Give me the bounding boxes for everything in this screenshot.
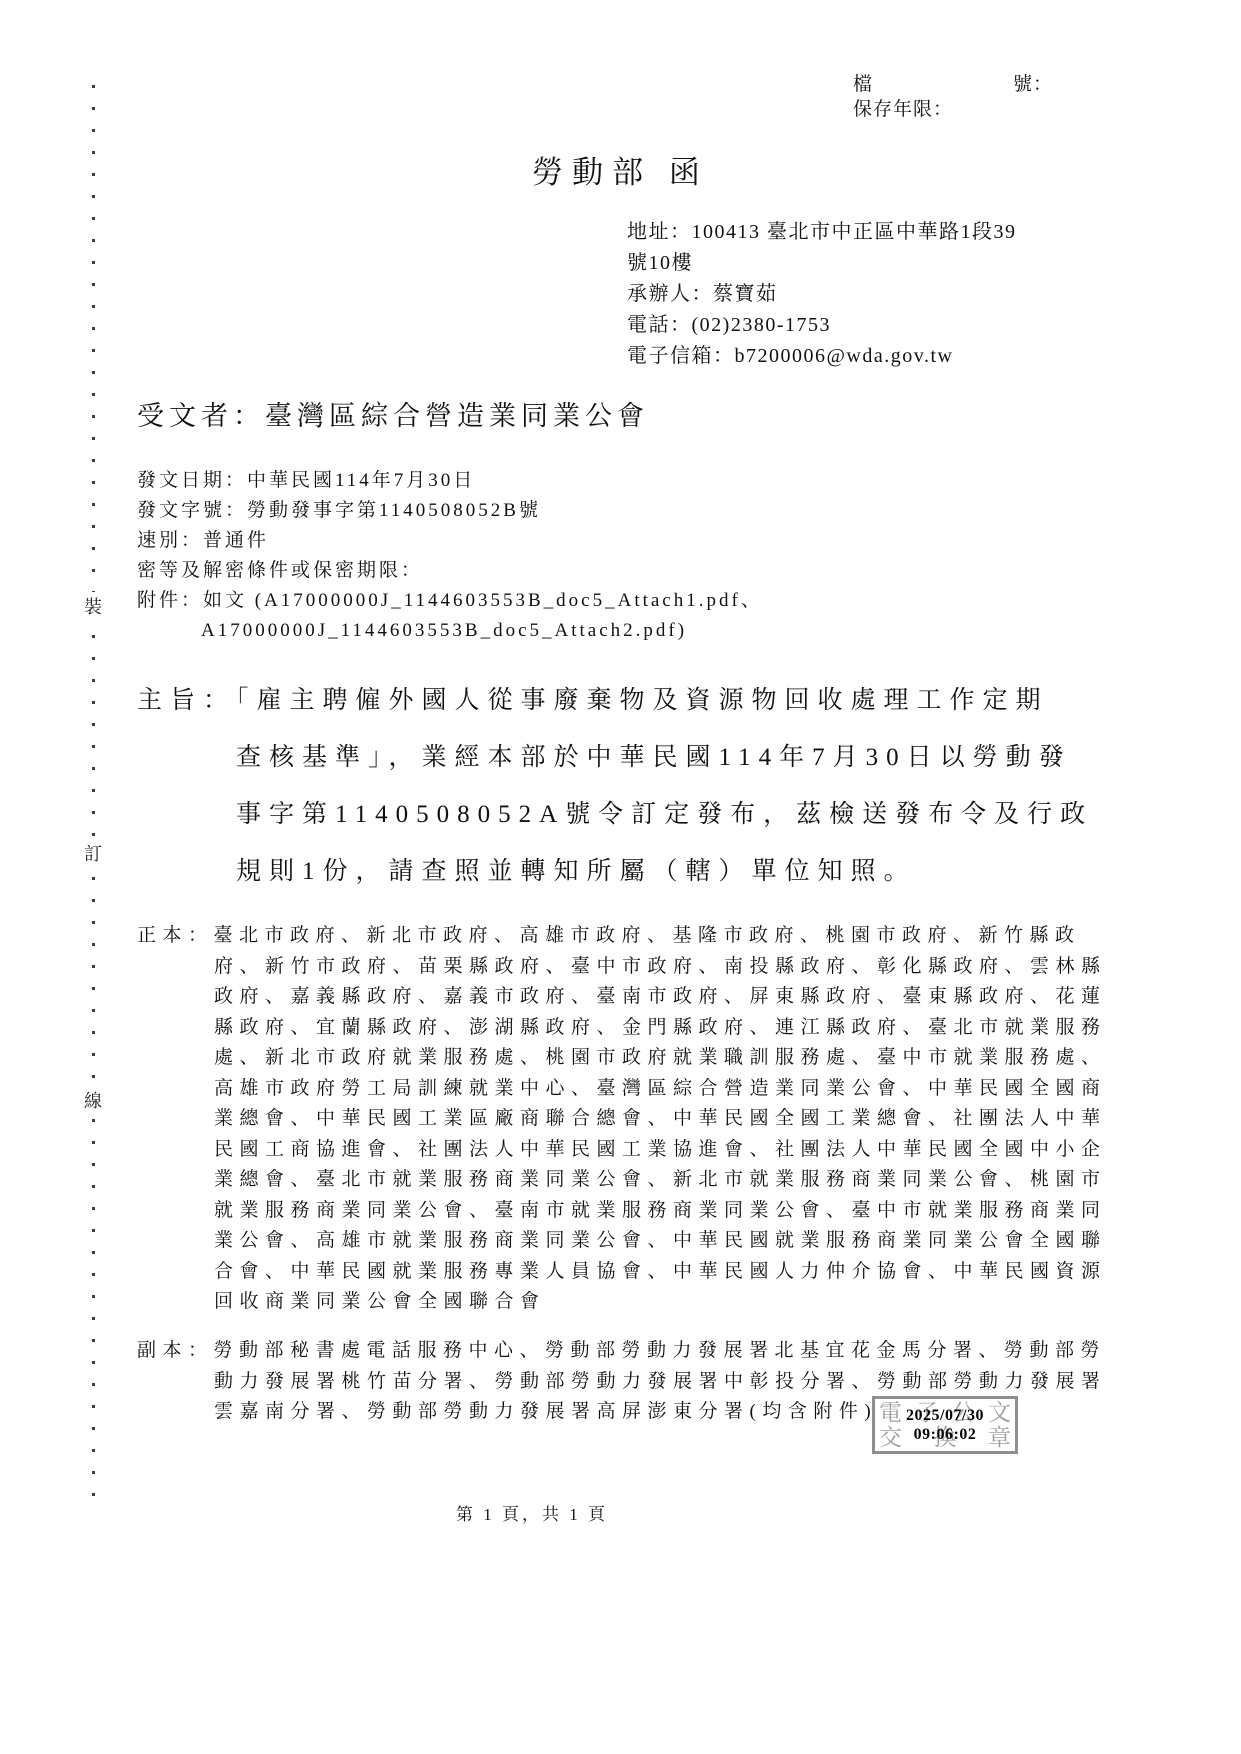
document-title: 勞動部 函: [0, 153, 1241, 193]
binding-mark-zhuang: 裝: [80, 592, 106, 622]
stamp-datetime: 2025/07/30 09:06:02: [875, 1406, 1015, 1444]
doc-number-line: 發文字號：勞動發事字第1140508052B號: [137, 496, 763, 526]
sender-phone: 電話：(02)2380-1753: [627, 310, 1017, 341]
sender-info-block: 地址：100413 臺北市中正區中華路1段39 號10樓 承辦人：蔡寶茹 電話：…: [627, 217, 1017, 372]
binding-mark-xian: 線: [80, 1086, 106, 1116]
page-number-footer: 第 1 頁，共 1 頁: [0, 1500, 1064, 1525]
sender-contact-person: 承辦人：蔡寶茹: [627, 279, 1017, 310]
stamp-time: 09:06:02: [875, 1425, 1015, 1444]
document-page: 裝 訂 線 檔 號： 保存年限： 勞動部 函 地址：100413 臺北市中正區中…: [0, 0, 1241, 1754]
original-recipients-paragraph: 正本：臺北市政府、新北市政府、高雄市政府、基隆市政府、桃園市政府、新竹縣政 府、…: [137, 921, 1199, 1318]
cc-recipients-paragraph: 副本：勞動部秘書處電話服務中心、勞動部勞動力發展署北基宜花金馬分署、勞動部勞 動…: [137, 1336, 1199, 1428]
file-number-label: 檔 號：: [853, 72, 1053, 97]
sender-address-line2: 號10樓: [627, 248, 1017, 279]
electronic-document-exchange-stamp: 電子公文 交換章 2025/07/30 09:06:02: [872, 1396, 1018, 1454]
speed-class-line: 速別：普通件: [137, 526, 763, 556]
attachment-line1: 附件：如文 (A17000000J_1144603553B_doc5_Attac…: [137, 586, 763, 616]
sender-address-line1: 地址：100413 臺北市中正區中華路1段39: [627, 217, 1017, 248]
issue-date-line: 發文日期：中華民國114年7月30日: [137, 466, 763, 496]
recipient-line: 受文者：臺灣區綜合營造業同業公會: [137, 396, 649, 436]
sender-email: 電子信箱：b7200006@wda.gov.tw: [627, 341, 1017, 372]
attachment-line2: A17000000J_1144603553B_doc5_Attach2.pdf): [201, 616, 763, 646]
security-class-line: 密等及解密條件或保密期限：: [137, 556, 763, 586]
subject-paragraph: 主旨：「雇主聘僱外國人從事廢棄物及資源物回收處理工作定期 查核基準」，業經本部於…: [137, 672, 1221, 900]
file-number-block: 檔 號： 保存年限：: [853, 72, 1053, 122]
retention-period-label: 保存年限：: [853, 97, 1053, 122]
meta-block: 發文日期：中華民國114年7月30日 發文字號：勞動發事字第1140508052…: [137, 466, 763, 646]
binding-mark-ding: 訂: [80, 839, 106, 869]
binding-dotted-line: [92, 85, 95, 1505]
stamp-date: 2025/07/30: [875, 1406, 1015, 1425]
